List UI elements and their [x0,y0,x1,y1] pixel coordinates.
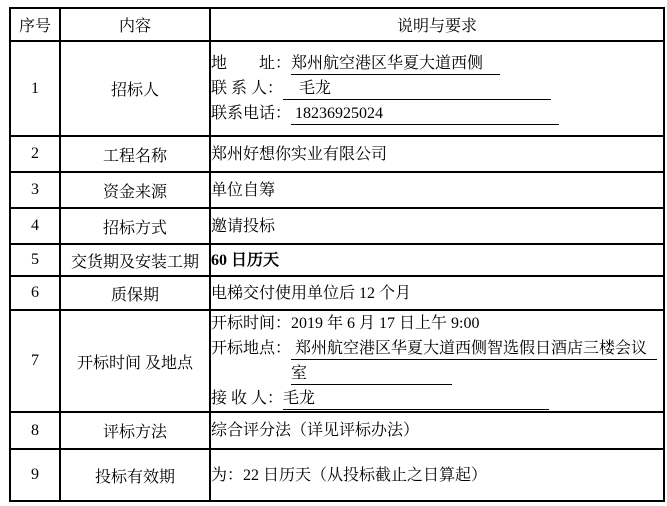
row-number-cell: 2 [10,136,60,172]
content-label-cell: 交货期及安装工期 [60,244,210,276]
table-row: 9投标有效期为：22 日历天（从投标截止之日算起） [10,449,664,501]
underlined-field-value: 毛龙 [283,388,549,410]
row-number-cell: 7 [10,310,60,412]
cell-text: 综合评分法（详见评标办法） [211,422,419,439]
description-line: 郑州好想你实业有限公司 [211,142,663,167]
table-row: 5交货期及安装工期60 日历天 [10,244,664,276]
column-header-content: 内容 [60,8,210,41]
row-number-cell: 9 [10,449,60,501]
description-cell: 综合评分法（详见评标办法） [210,412,664,449]
description-line: 电梯交付使用单位后 12 个月 [211,281,663,306]
description-line: 单位自筹 [211,178,663,203]
field-label: 地 址： [211,55,291,72]
row-number-cell: 5 [10,244,60,276]
underlined-field-value: 毛龙 [283,78,551,100]
content-label-cell: 资金来源 [60,172,210,208]
description-cell: 为：22 日历天（从投标截止之日算起） [210,449,664,501]
underlined-field-value: 室 [291,363,452,385]
content-label-cell: 开标时间 及地点 [60,310,210,412]
description-line: 为：22 日历天（从投标截止之日算起） [211,463,663,488]
field-label: 联 系 人： [211,80,283,97]
description-line: 联 系 人： 毛龙 [211,76,663,101]
description-cell: 单位自筹 [210,172,664,208]
tender-info-table: 序号 内容 说明与要求 1招标人地 址：郑州航空港区华夏大道西侧 联 系 人： … [9,7,665,502]
field-value: 2019 年 6 月 17 日上午 9:00 [291,315,479,332]
description-cell: 邀请投标 [210,208,664,244]
description-line: 地 址：郑州航空港区华夏大道西侧 [211,51,663,76]
description-line: 综合评分法（详见评标办法） [211,418,663,443]
description-cell: 60 日历天 [210,244,664,276]
column-header-no: 序号 [10,8,60,41]
table-row: 6质保期电梯交付使用单位后 12 个月 [10,276,664,310]
description-line: 接 收 人：毛龙 [211,386,663,411]
table-body: 1招标人地 址：郑州航空港区华夏大道西侧 联 系 人： 毛龙联系电话： 1823… [10,41,664,501]
table-row: 4招标方式邀请投标 [10,208,664,244]
cell-text: 单位自筹 [211,182,275,199]
header-row: 序号 内容 说明与要求 [10,8,664,41]
field-label: 联系电话： [211,105,291,122]
row-number-cell: 4 [10,208,60,244]
field-label: 开标时间： [211,315,291,332]
table-row: 2工程名称郑州好想你实业有限公司 [10,136,664,172]
content-label-cell: 招标人 [60,41,210,136]
cell-text: 60 日历天 [211,252,279,269]
cell-text: 郑州好想你实业有限公司 [211,146,387,163]
table-row: 7开标时间 及地点开标时间：2019 年 6 月 17 日上午 9:00开标地点… [10,310,664,412]
table-row: 3资金来源单位自筹 [10,172,664,208]
description-cell: 开标时间：2019 年 6 月 17 日上午 9:00开标地点： 郑州航空港区华… [210,310,664,412]
description-line: 邀请投标 [211,214,663,239]
table-row: 1招标人地 址：郑州航空港区华夏大道西侧 联 系 人： 毛龙联系电话： 1823… [10,41,664,136]
description-line: 室 [291,361,663,386]
description-line: 60 日历天 [211,248,663,273]
underlined-field-value: 郑州航空港区华夏大道西侧智选假日酒店三楼会议 [291,338,657,360]
content-label-cell: 投标有效期 [60,449,210,501]
cell-text: 邀请投标 [211,218,275,235]
content-label-cell: 质保期 [60,276,210,310]
description-line: 开标地点： 郑州航空港区华夏大道西侧智选假日酒店三楼会议 [211,336,663,361]
description-cell: 郑州好想你实业有限公司 [210,136,664,172]
description-cell: 地 址：郑州航空港区华夏大道西侧 联 系 人： 毛龙联系电话： 18236925… [210,41,664,136]
content-label-cell: 工程名称 [60,136,210,172]
field-label: 接 收 人： [211,390,283,407]
table-row: 8评标方法综合评分法（详见评标办法） [10,412,664,449]
document-page: 序号 内容 说明与要求 1招标人地 址：郑州航空港区华夏大道西侧 联 系 人： … [0,0,667,506]
cell-text: 为：22 日历天（从投标截止之日算起） [211,467,487,484]
row-number-cell: 8 [10,412,60,449]
content-label-cell: 招标方式 [60,208,210,244]
underlined-field-value: 郑州航空港区华夏大道西侧 [291,53,500,75]
content-label-cell: 评标方法 [60,412,210,449]
cell-text: 电梯交付使用单位后 12 个月 [211,285,411,302]
row-number-cell: 3 [10,172,60,208]
field-label: 开标地点： [211,340,291,357]
description-cell: 电梯交付使用单位后 12 个月 [210,276,664,310]
underlined-field-value: 18236925024 [291,103,559,125]
description-line: 联系电话： 18236925024 [211,101,663,126]
row-number-cell: 1 [10,41,60,136]
description-line: 开标时间：2019 年 6 月 17 日上午 9:00 [211,311,663,336]
column-header-description: 说明与要求 [210,8,664,41]
row-number-cell: 6 [10,276,60,310]
